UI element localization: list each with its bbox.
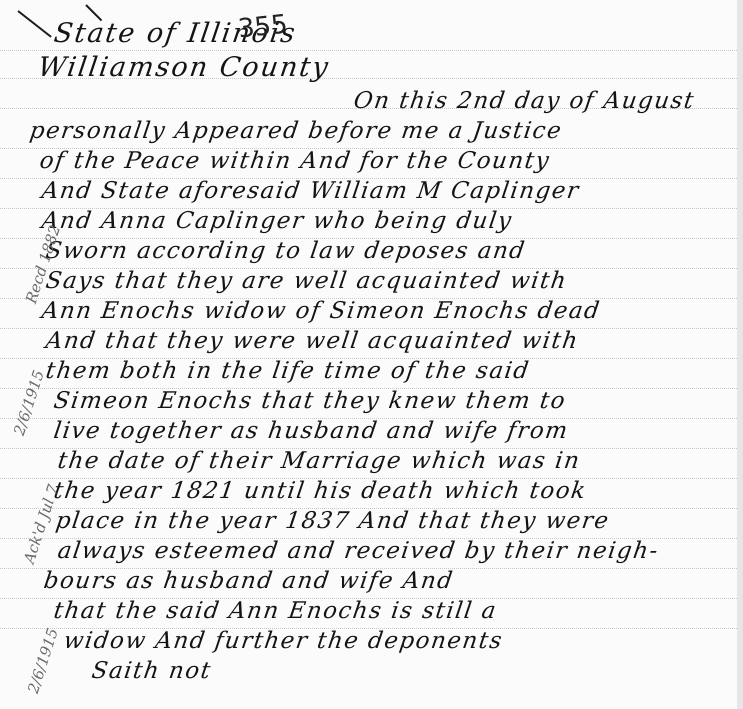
body-line-12: live together as husband and wife from (52, 418, 570, 444)
pen-stroke (17, 10, 51, 37)
body-line-15: place in the year 1837 And that they wer… (54, 508, 611, 534)
body-line-20: Saith not (90, 658, 213, 684)
document-number: 355 (237, 9, 290, 44)
body-line-1: On this 2nd day of August (352, 88, 697, 114)
margin-note-date-1: 2/6/1915 (10, 368, 48, 438)
body-line-5: And Anna Caplinger who being duly (40, 208, 514, 234)
body-line-7: Says that they are well acquainted with (44, 268, 569, 294)
body-line-13: the date of their Marriage which was in (56, 448, 582, 474)
body-line-9: And that they were well acquainted with (44, 328, 580, 354)
ruled-line (0, 50, 737, 51)
body-line-18: that the said Ann Enochs is still a (52, 598, 499, 624)
margin-note-date-2: 2/6/1915 (24, 626, 62, 696)
body-line-16: always esteemed and received by their ne… (56, 538, 661, 564)
body-line-14: the year 1821 until his death which took (52, 478, 588, 504)
heading-county: Williamson County (36, 52, 332, 83)
body-line-4: And State aforesaid William M Caplinger (40, 178, 581, 204)
body-line-2: personally Appeared before me a Justice (28, 118, 564, 144)
body-line-6: Sworn according to law deposes and (44, 238, 527, 264)
body-line-3: of the Peace within And for the County (38, 148, 552, 174)
body-line-11: Simeon Enochs that they knew them to (52, 388, 568, 414)
body-line-19: widow And further the deponents (62, 628, 505, 654)
document-page: State of Illinois Williamson County 355 … (0, 0, 743, 709)
body-line-8: Ann Enochs widow of Simeon Enochs dead (40, 298, 602, 324)
body-line-17: bours as husband and wife And (42, 568, 455, 594)
body-line-10: them both in the life time of the said (44, 358, 532, 384)
